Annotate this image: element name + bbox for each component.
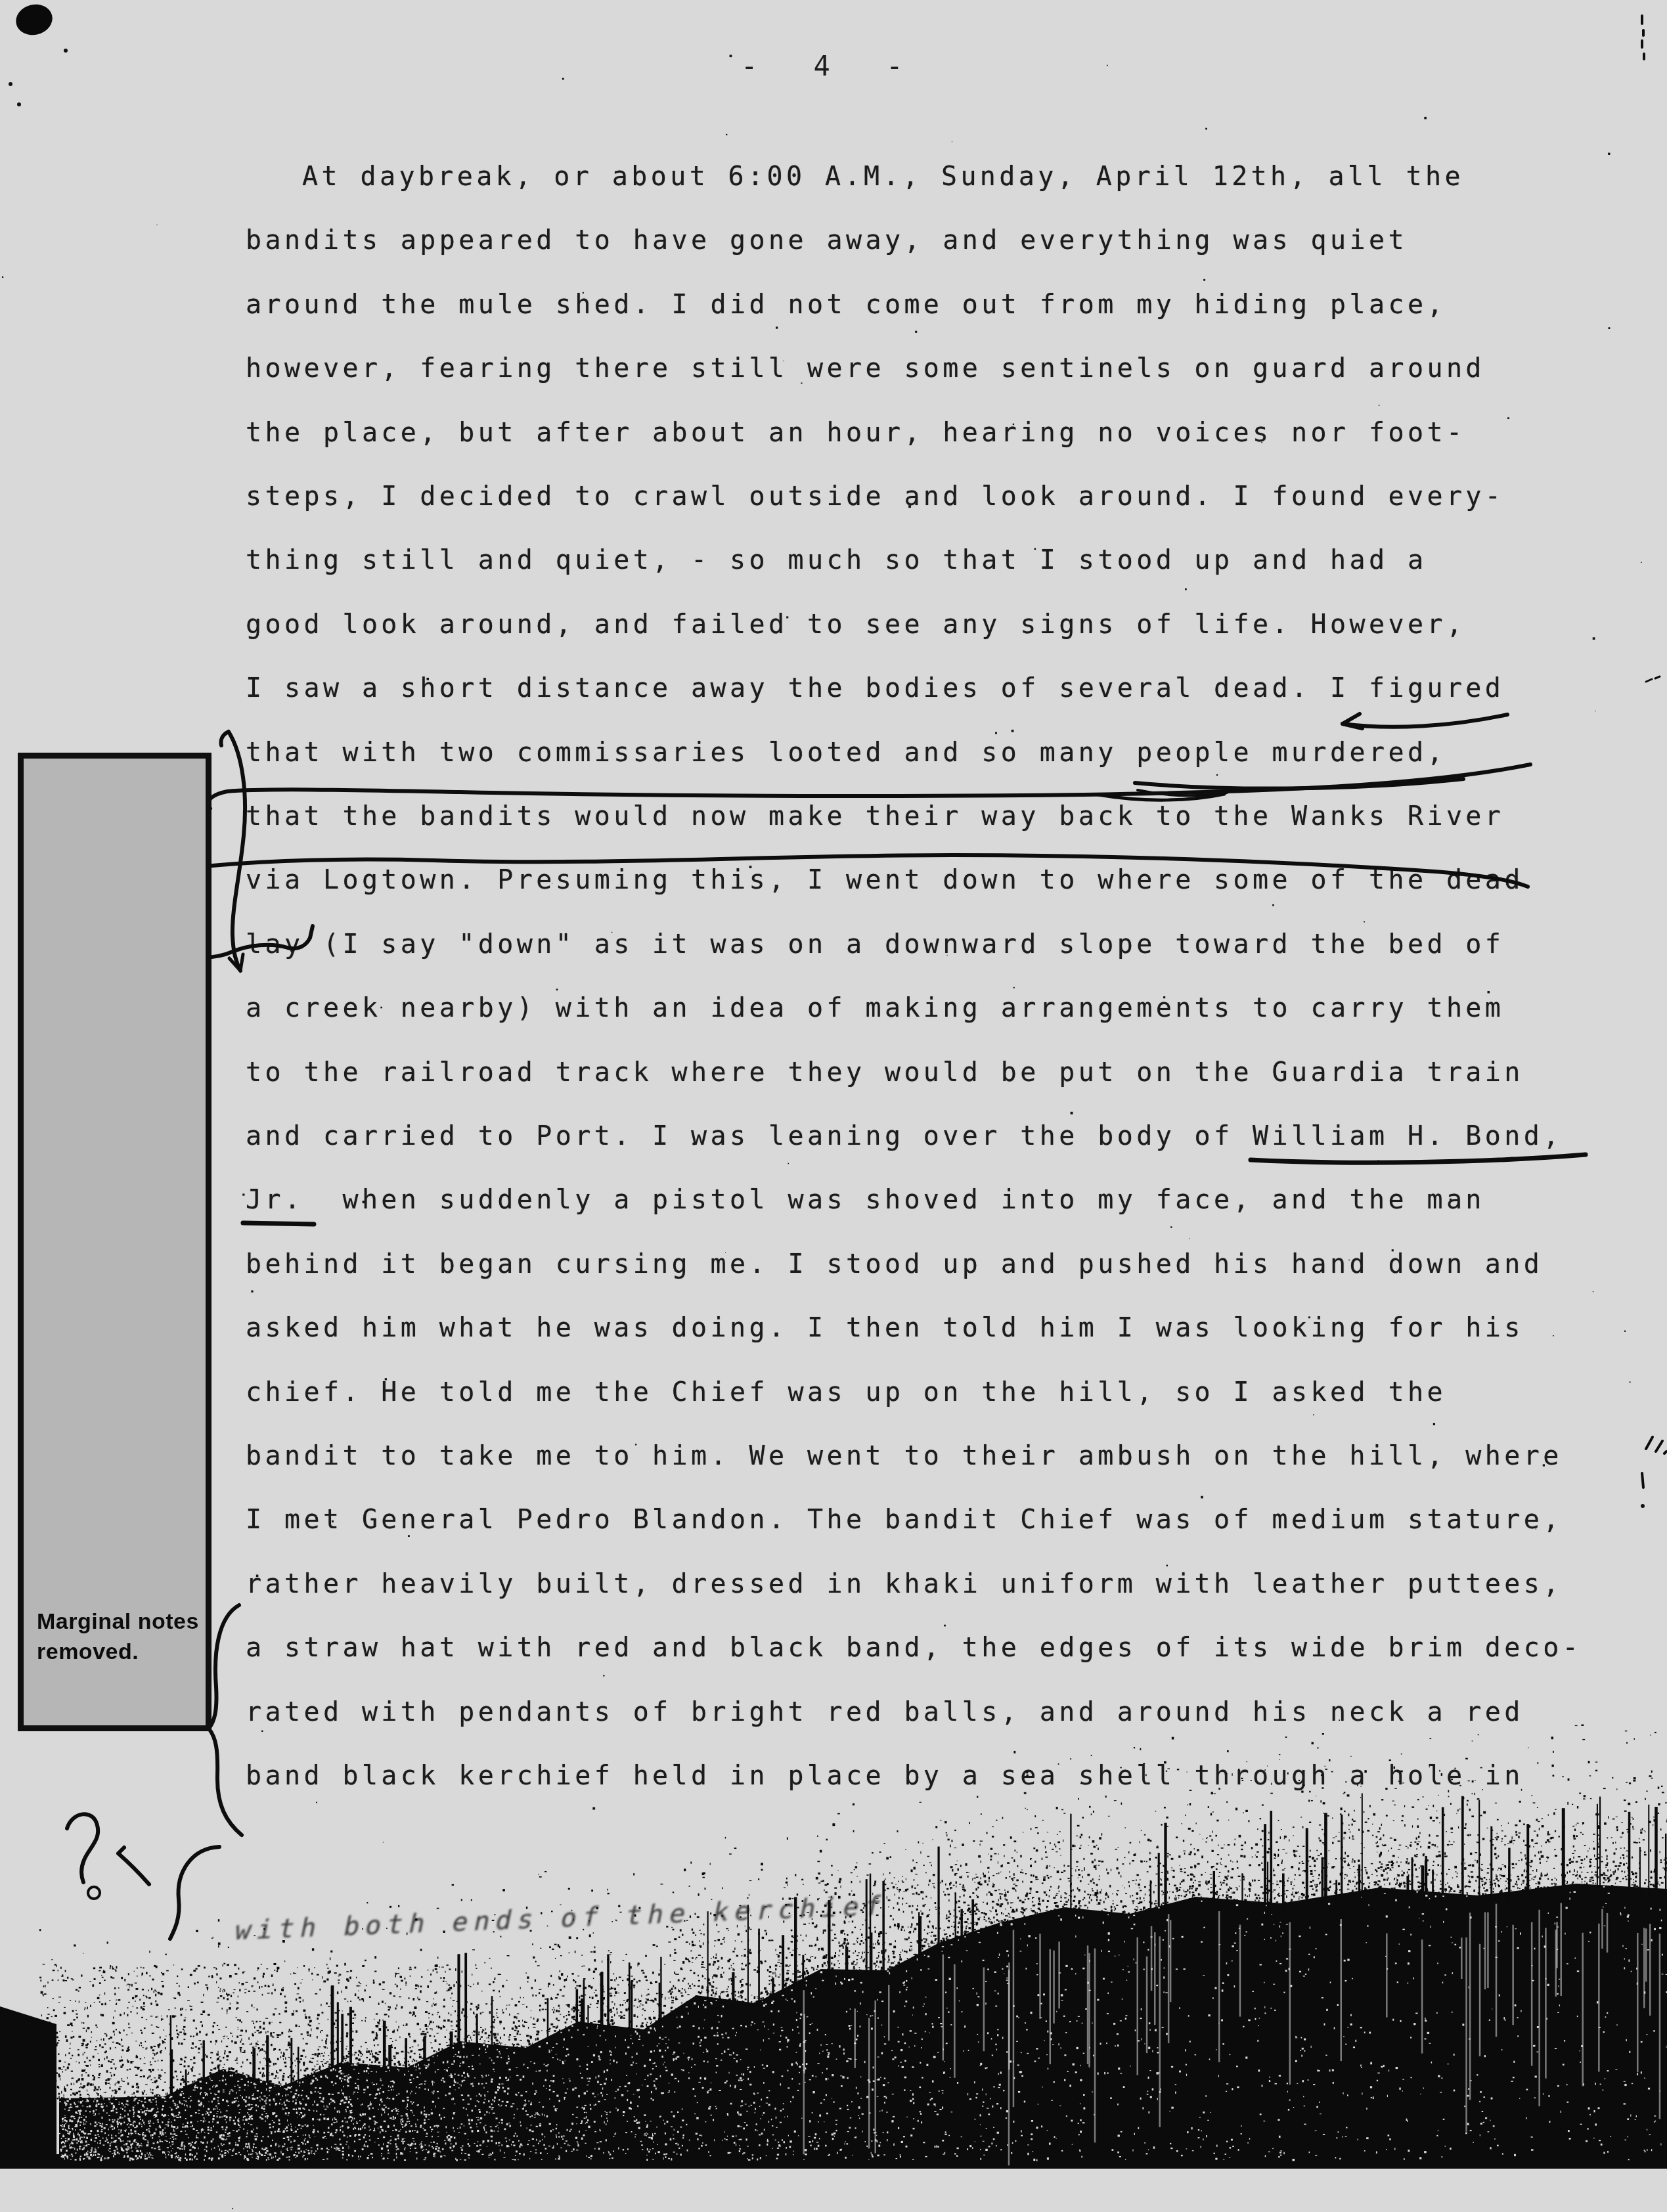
marginal-box-label-line1: Marginal notes [37, 1607, 199, 1637]
document-page: - 4 - At daybreak, or about 6:00 A.M., S… [0, 0, 1667, 2212]
marginal-notes-removed-box: Marginal notes removed. [18, 753, 211, 1731]
corner-ink-blob [9, 1, 68, 106]
margin-curly-brace [209, 1605, 242, 1835]
edge-dash-marks-top-right [1642, 16, 1644, 59]
marginal-box-label: Marginal notes removed. [37, 1607, 199, 1668]
marginal-box-label-line2: removed. [37, 1637, 199, 1668]
underline-william-h-bond [1251, 1155, 1586, 1162]
wavy-underline-bandits-sentence [105, 855, 1528, 887]
overline-bandits-sentence [208, 764, 1530, 808]
margin-question-mark [67, 1814, 100, 1899]
margin-s-curve-stroke [170, 1847, 219, 1939]
margin-down-arrow-stroke [221, 732, 245, 971]
underline-jr [243, 1223, 314, 1224]
handwritten-ink-marks [0, 0, 1667, 2212]
margin-check-stroke [118, 1847, 149, 1884]
edge-marks-right [1641, 676, 1666, 1508]
underline-i-figured [1343, 714, 1507, 728]
